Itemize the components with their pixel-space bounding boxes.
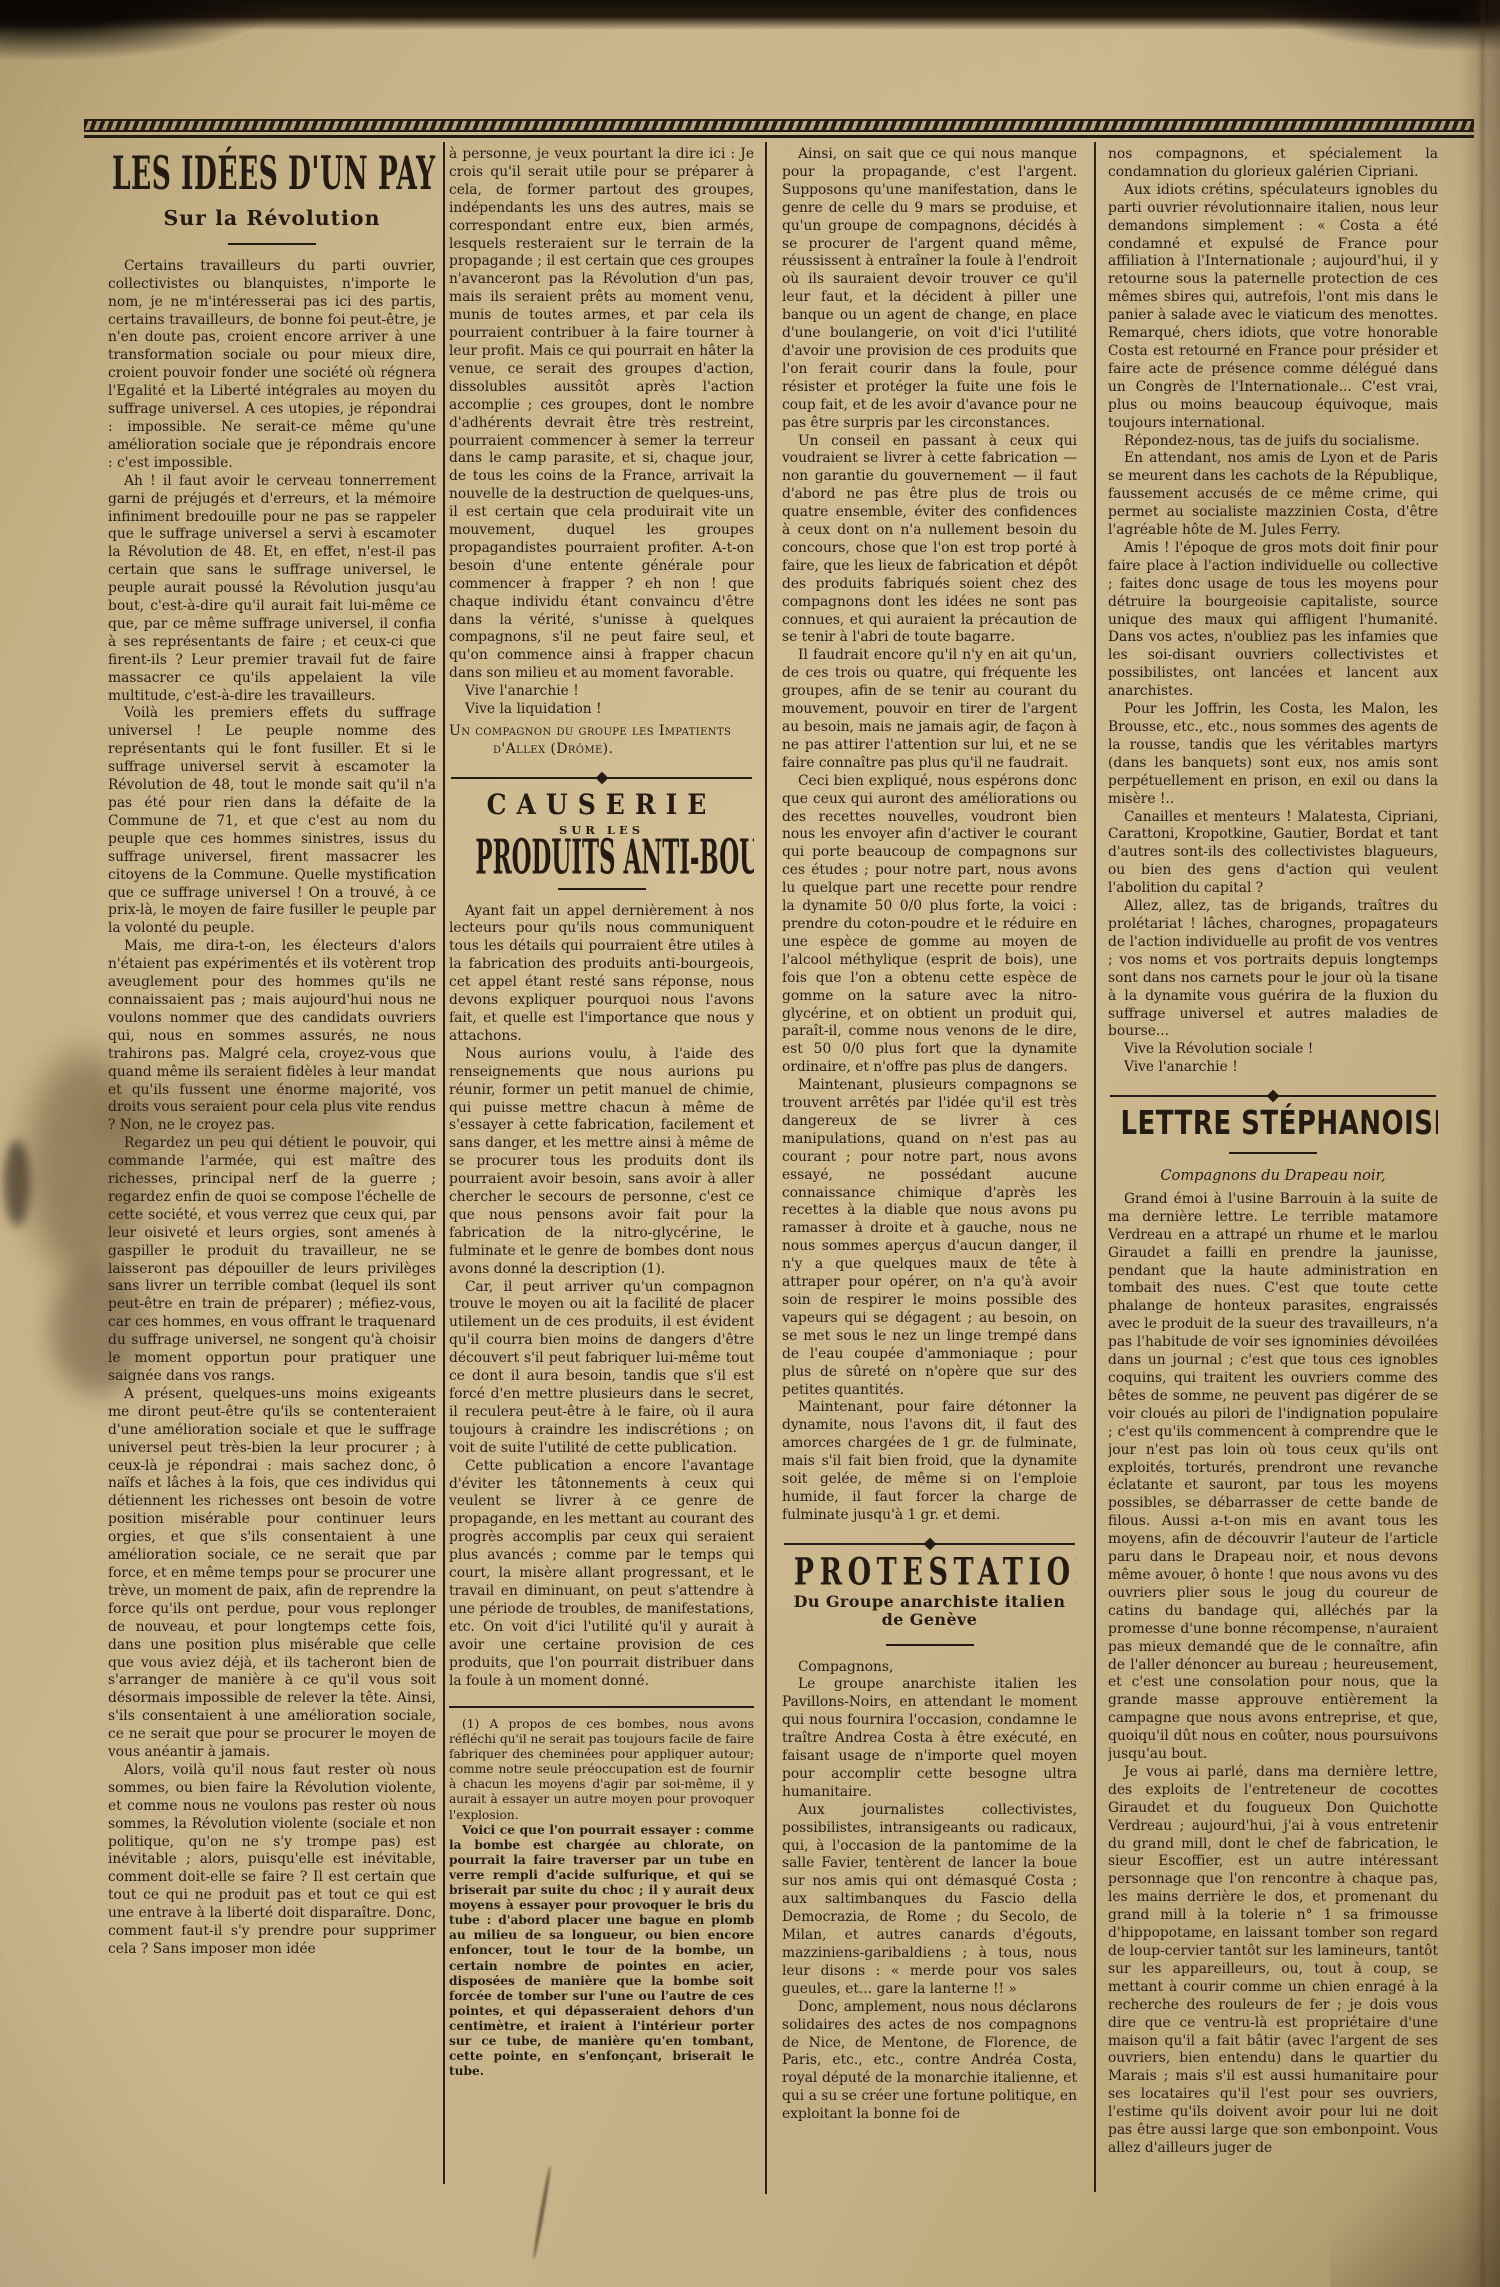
paragraph: Car, il peut arriver qu'un compagnon tro… bbox=[449, 1279, 754, 1458]
slogan: Vive la liquidation ! bbox=[449, 701, 754, 719]
article-headline-causerie-text: CAUSERIE bbox=[487, 795, 717, 815]
paragraph: à personne, je veux pourtant la dire ici… bbox=[449, 146, 754, 683]
paragraph: Certains travailleurs du parti ouvrier, … bbox=[108, 258, 436, 473]
paragraph: Ceci bien expliqué, nous espérons donc q… bbox=[782, 773, 1077, 1077]
paragraph: Maintenant, pour faire détonner la dynam… bbox=[782, 1399, 1077, 1524]
paragraph: Aux idiots crétins, spéculateurs ignoble… bbox=[1108, 182, 1438, 433]
column-rule-3 bbox=[1094, 142, 1096, 2192]
article-headline-produits: PRODUITS ANTI-BOURGEOIS bbox=[449, 844, 754, 866]
section-divider bbox=[1110, 1095, 1436, 1097]
footnote: Voici ce que l'on pourrait essayer : com… bbox=[449, 1823, 754, 2080]
paragraph: Voilà les premiers effets du suffrage un… bbox=[108, 705, 436, 938]
paragraph: Grand émoi à l'usine Barrouin à la suite… bbox=[1108, 1191, 1438, 1764]
paragraph: A présent, quelques-uns moins exigeants … bbox=[108, 1386, 436, 1762]
section-divider bbox=[451, 777, 752, 779]
masthead-braid-line bbox=[84, 119, 1474, 132]
article-headline-protestation: PROTESTATION bbox=[782, 1561, 1077, 1585]
masthead-rule bbox=[84, 119, 1474, 138]
column-2: à personne, je veux pourtant la dire ici… bbox=[449, 146, 754, 2274]
paragraph: Pour les Joffrin, les Costa, les Malon, … bbox=[1108, 701, 1438, 808]
article-headline-lettre: LETTRE STÉPHANOISE bbox=[1108, 1113, 1438, 1137]
article-headline-produits-text: PRODUITS ANTI-BOURGEOIS bbox=[475, 844, 754, 877]
paragraph: En attendant, nos amis de Lyon et de Par… bbox=[1108, 450, 1438, 540]
paragraph: Un conseil en passant à ceux qui voudrai… bbox=[782, 433, 1077, 648]
article-subhead-revolution: Sur la Révolution bbox=[108, 210, 436, 228]
paragraph: Mais, me dira-t-on, les électeurs d'alor… bbox=[108, 938, 436, 1135]
paper-crease bbox=[1481, 0, 1484, 2287]
article-headline-paysan: LES IDÉES D'UN PAYSAN bbox=[108, 160, 436, 183]
paragraph: Ayant fait un appel dernièrement à nos l… bbox=[449, 903, 754, 1046]
scan-edge-corner-left bbox=[0, 0, 280, 60]
column-rule-2 bbox=[765, 142, 767, 2194]
paragraph: Maintenant, plusieurs compagnons se trou… bbox=[782, 1077, 1077, 1399]
short-rule bbox=[1229, 1152, 1317, 1154]
short-rule bbox=[558, 888, 646, 890]
page-edge-right bbox=[1460, 0, 1500, 2287]
column-3: Ainsi, on sait que ce qui nous manque po… bbox=[782, 146, 1077, 2274]
slogan: Vive l'anarchie ! bbox=[449, 683, 754, 701]
article-headline-lettre-text: LETTRE STÉPHANOISE bbox=[1120, 1113, 1438, 1134]
slogan: Vive la Révolution sociale ! bbox=[1108, 1041, 1438, 1059]
paragraph: Ah ! il faut avoir le cerveau tonnerreme… bbox=[108, 473, 436, 706]
column-4: nos compagnons, et spécialement la conda… bbox=[1108, 146, 1438, 2274]
slogan: Vive l'anarchie ! bbox=[1108, 1059, 1438, 1077]
paragraph: Répondez-nous, tas de juifs du socialism… bbox=[1108, 433, 1438, 451]
paragraph: nos compagnons, et spécialement la conda… bbox=[1108, 146, 1438, 182]
paragraph: Allez, allez, tas de brigands, traîtres … bbox=[1108, 898, 1438, 1041]
paragraph: Il faudrait encore qu'il n'y en ait qu'u… bbox=[782, 647, 1077, 772]
short-rule bbox=[886, 1644, 974, 1646]
paragraph: Aux journalistes collectivistes, possibi… bbox=[782, 1802, 1077, 1999]
paragraph: Cette publication a encore l'avantage d'… bbox=[449, 1458, 754, 1691]
paragraph: Ainsi, on sait que ce qui nous manque po… bbox=[782, 146, 1077, 433]
footnote-rule bbox=[449, 1706, 754, 1708]
column-1: LES IDÉES D'UN PAYSANSur la RévolutionCe… bbox=[108, 146, 436, 2274]
salutation: Compagnons, bbox=[782, 1659, 1077, 1677]
paragraph: Regardez un peu qui détient le pouvoir, … bbox=[108, 1135, 436, 1386]
article-headline-paysan-text: LES IDÉES D'UN PAYSAN bbox=[112, 160, 436, 190]
paragraph: Amis ! l'époque de gros mots doit finir … bbox=[1108, 540, 1438, 701]
masthead-thin-line bbox=[84, 135, 1474, 138]
paragraph: Nous aurions voulu, à l'aide des renseig… bbox=[449, 1046, 754, 1279]
article-signature: Un compagnon du groupe les Impatients d'… bbox=[449, 723, 754, 759]
newspaper-page: { "page": { "paper_color": "#c6b289", "i… bbox=[0, 0, 1500, 2287]
article-headline-causerie: CAUSERIE bbox=[449, 795, 754, 818]
paragraph: Le groupe anarchiste italien les Pavillo… bbox=[782, 1676, 1077, 1801]
section-divider bbox=[784, 1543, 1075, 1545]
paragraph: Alors, voilà qu'il nous faut rester où n… bbox=[108, 1762, 436, 1959]
article-subhead-protestation: Du Groupe anarchiste italien de Genève bbox=[782, 1593, 1077, 1629]
column-rule-1 bbox=[443, 142, 445, 2184]
short-rule bbox=[228, 243, 316, 245]
paragraph: Je vous ai parlé, dans ma dernière lettr… bbox=[1108, 1764, 1438, 2158]
article-headline-protestation-text: PROTESTATION bbox=[794, 1561, 1077, 1584]
paper-stain bbox=[4, 1140, 30, 1226]
salutation: Compagnons du Drapeau noir, bbox=[1108, 1167, 1438, 1185]
paragraph: Donc, amplement, nous nous déclarons sol… bbox=[782, 1999, 1077, 2124]
footnote: (1) A propos de ces bombes, nous avons r… bbox=[449, 1717, 754, 1823]
paragraph: Canailles et menteurs ! Malatesta, Cipri… bbox=[1108, 809, 1438, 899]
